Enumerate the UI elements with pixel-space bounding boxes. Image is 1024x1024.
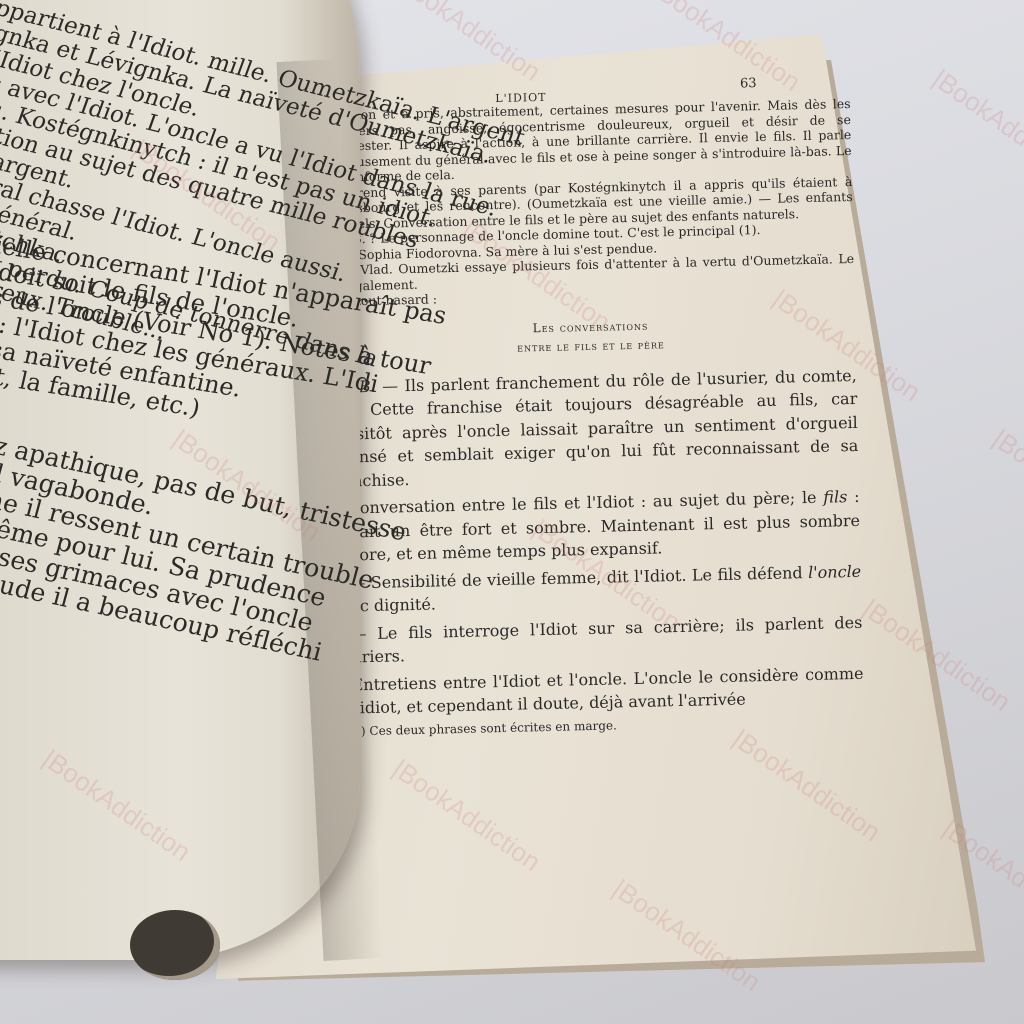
body-text: NB. — Ils parlent franchement du rôle de… [327, 363, 865, 720]
paragraph: — Sensibilité de vieille femme, dit l'Id… [331, 559, 862, 618]
running-title: L'IDIOT [495, 91, 546, 105]
watermark: |BookAddiction [987, 423, 1024, 548]
watermark: |BookAddiction [927, 63, 1024, 188]
book-photo: L'IDIOT 63 situation et a pris, abstrait… [0, 0, 1024, 1024]
paragraph: — Le fils interroge l'Idiot sur sa carri… [332, 610, 863, 669]
nb-text: — Ils parlent franchement du rôle de l'u… [327, 365, 858, 490]
italic-text: fils [823, 487, 847, 507]
italic-text: l'oncle [808, 561, 861, 581]
text: — Sensibilité de vieille femme, dit l'Id… [349, 563, 808, 592]
paragraph: Conversation entre le fils et l'Idiot : … [329, 485, 860, 568]
paragraph: NB. — Ils parlent franchement du rôle de… [327, 363, 860, 492]
paragraph: Entretiens entre l'Idiot et l'oncle. L'o… [333, 661, 864, 720]
left-page-curl [130, 910, 220, 980]
page-number: 63 [740, 76, 757, 91]
